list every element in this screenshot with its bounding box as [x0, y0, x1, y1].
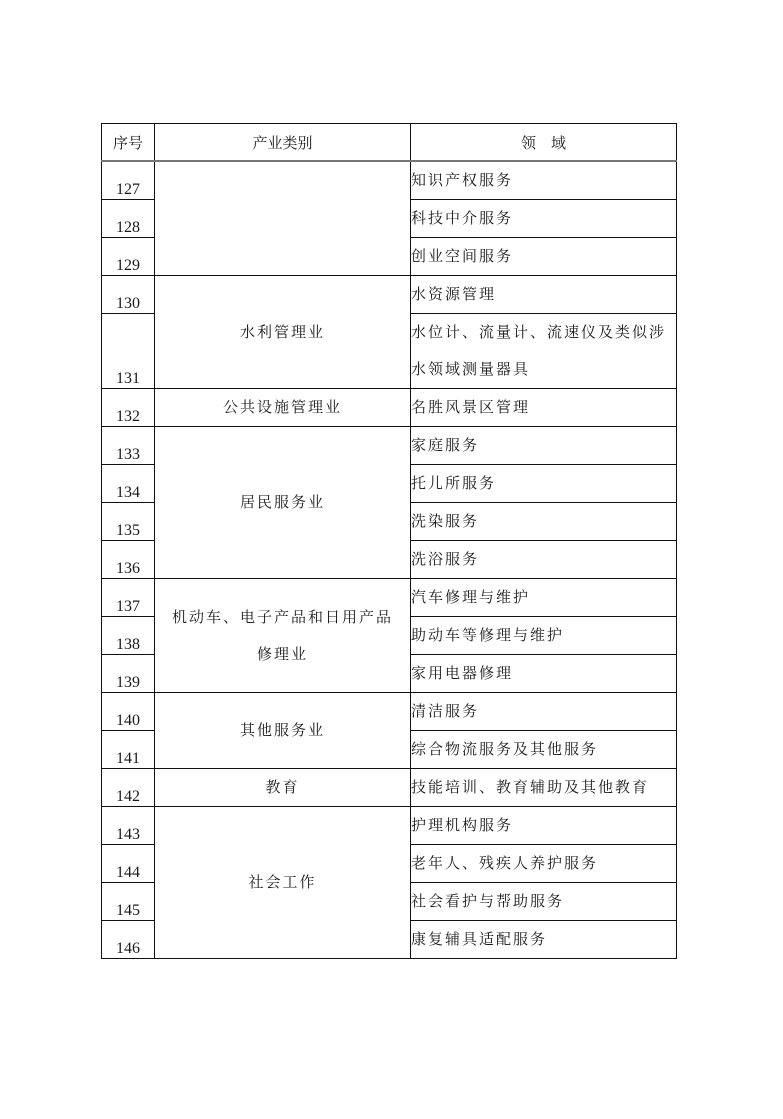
field-cell: 家庭服务 — [411, 427, 677, 465]
field-cell: 家用电器修理 — [411, 655, 677, 693]
row-number: 136 — [102, 541, 155, 579]
row-number: 140 — [102, 693, 155, 731]
row-number: 139 — [102, 655, 155, 693]
row-number: 144 — [102, 845, 155, 883]
field-cell: 技能培训、教育辅助及其他教育 — [411, 769, 677, 807]
field-cell: 社会看护与帮助服务 — [411, 883, 677, 921]
field-cell: 康复辅具适配服务 — [411, 921, 677, 959]
field-cell: 洗浴服务 — [411, 541, 677, 579]
field-cell: 助动车等修理与维护 — [411, 617, 677, 655]
table-row: 143 社会工作 护理机构服务 — [102, 807, 677, 845]
table-row: 140 其他服务业 清洁服务 — [102, 693, 677, 731]
row-number: 145 — [102, 883, 155, 921]
category-cell — [155, 161, 411, 276]
field-cell: 综合物流服务及其他服务 — [411, 731, 677, 769]
table-row: 133 居民服务业 家庭服务 — [102, 427, 677, 465]
row-number: 143 — [102, 807, 155, 845]
field-line: 水领域测量器具 — [411, 351, 676, 388]
row-number: 133 — [102, 427, 155, 465]
category-cell: 水利管理业 — [155, 276, 411, 389]
row-number: 141 — [102, 731, 155, 769]
field-cell: 汽车修理与维护 — [411, 579, 677, 617]
row-number: 128 — [102, 200, 155, 238]
field-cell: 护理机构服务 — [411, 807, 677, 845]
field-cell: 创业空间服务 — [411, 238, 677, 276]
category-cell: 其他服务业 — [155, 693, 411, 769]
row-number: 131 — [102, 314, 155, 389]
field-cell: 托儿所服务 — [411, 465, 677, 503]
row-number: 127 — [102, 161, 155, 200]
header-field: 领 域 — [411, 124, 677, 162]
row-number: 132 — [102, 389, 155, 427]
field-cell: 知识产权服务 — [411, 161, 677, 200]
field-cell: 水资源管理 — [411, 276, 677, 314]
industry-field-table: 序号 产业类别 领 域 127 知识产权服务 128 科技中介服务 129 创业… — [101, 123, 677, 959]
row-number: 134 — [102, 465, 155, 503]
field-cell: 老年人、残疾人养护服务 — [411, 845, 677, 883]
table-header-row: 序号 产业类别 领 域 — [102, 124, 677, 162]
category-cell: 社会工作 — [155, 807, 411, 959]
field-cell: 水位计、流量计、流速仪及类似涉 水领域测量器具 — [411, 314, 677, 389]
row-number: 146 — [102, 921, 155, 959]
row-number: 138 — [102, 617, 155, 655]
field-line: 水位计、流量计、流速仪及类似涉 — [411, 314, 676, 351]
header-category: 产业类别 — [155, 124, 411, 162]
table-row: 130 水利管理业 水资源管理 — [102, 276, 677, 314]
table-row: 132 公共设施管理业 名胜风景区管理 — [102, 389, 677, 427]
category-cell: 公共设施管理业 — [155, 389, 411, 427]
row-number: 135 — [102, 503, 155, 541]
field-cell: 洗染服务 — [411, 503, 677, 541]
category-line: 修理业 — [155, 636, 410, 673]
category-line: 机动车、电子产品和日用产品 — [155, 599, 410, 636]
table-row: 127 知识产权服务 — [102, 161, 677, 200]
table-row: 142 教育 技能培训、教育辅助及其他教育 — [102, 769, 677, 807]
row-number: 142 — [102, 769, 155, 807]
field-cell: 科技中介服务 — [411, 200, 677, 238]
row-number: 130 — [102, 276, 155, 314]
category-cell: 居民服务业 — [155, 427, 411, 579]
row-number: 137 — [102, 579, 155, 617]
table-row: 137 机动车、电子产品和日用产品 修理业 汽车修理与维护 — [102, 579, 677, 617]
category-cell: 教育 — [155, 769, 411, 807]
field-cell: 名胜风景区管理 — [411, 389, 677, 427]
category-cell: 机动车、电子产品和日用产品 修理业 — [155, 579, 411, 693]
header-num: 序号 — [102, 124, 155, 162]
row-number: 129 — [102, 238, 155, 276]
field-cell: 清洁服务 — [411, 693, 677, 731]
